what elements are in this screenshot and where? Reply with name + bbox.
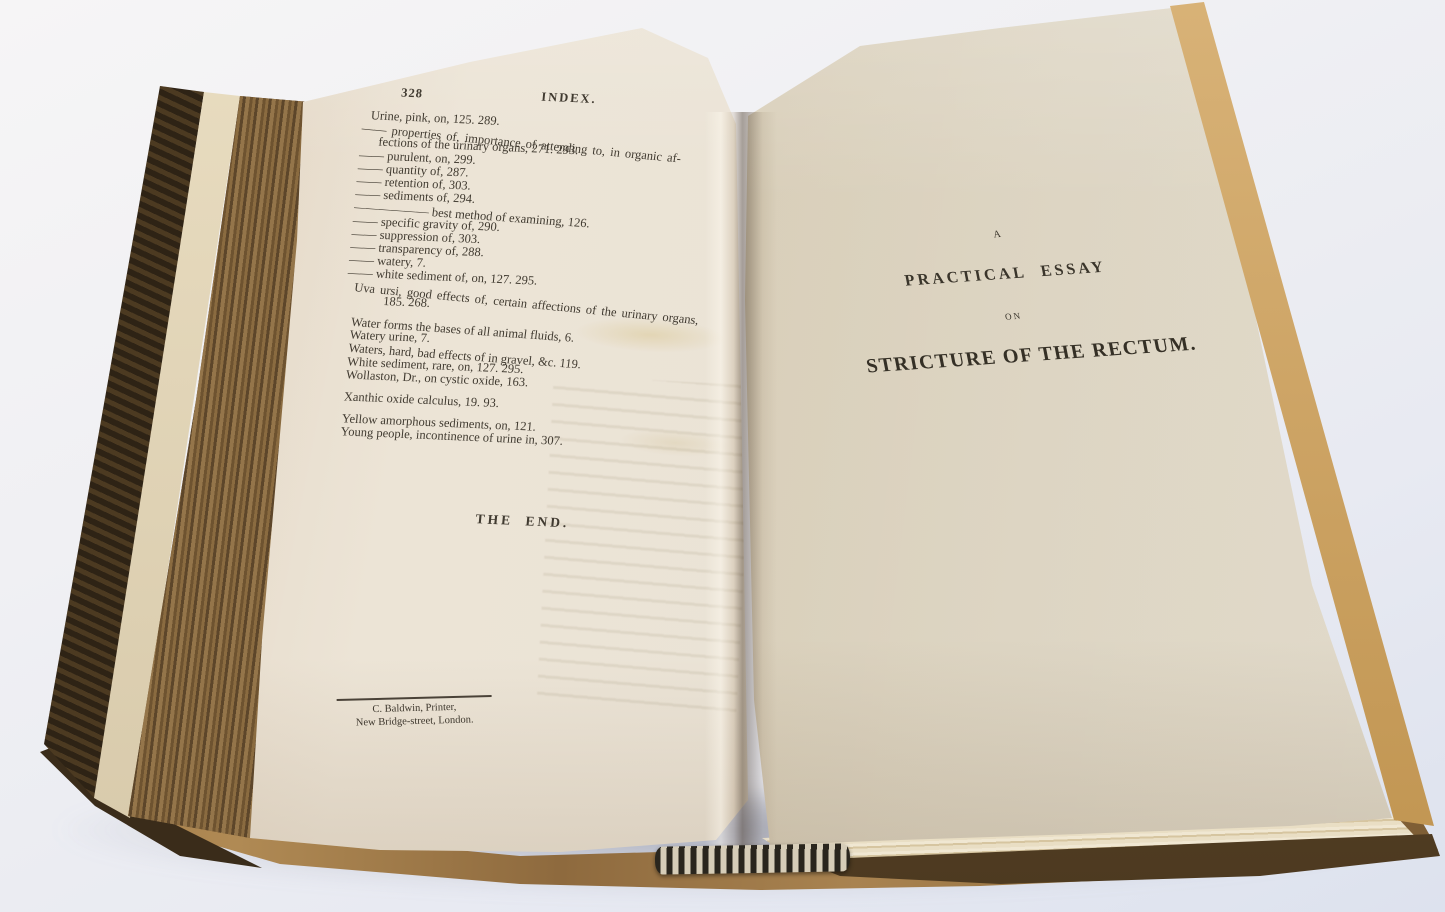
half-title-on: ON bbox=[858, 300, 1169, 332]
half-title-text: A PRACTICAL ESSAY ON STRICTURE OF THE RE… bbox=[842, 218, 1178, 378]
book-photo: 328 INDEX. Urine, pink, on, 125. 289. ——… bbox=[0, 0, 1445, 912]
half-title-essay: PRACTICAL ESSAY bbox=[849, 255, 1162, 294]
page-title: INDEX. bbox=[541, 90, 598, 107]
spine-headband bbox=[655, 843, 850, 874]
index-page-text: 328 INDEX. Urine, pink, on, 125. 289. ——… bbox=[324, 84, 768, 538]
page-number: 328 bbox=[401, 86, 424, 102]
printer-imprint: C. Baldwin, Printer, New Bridge-street, … bbox=[337, 695, 493, 730]
